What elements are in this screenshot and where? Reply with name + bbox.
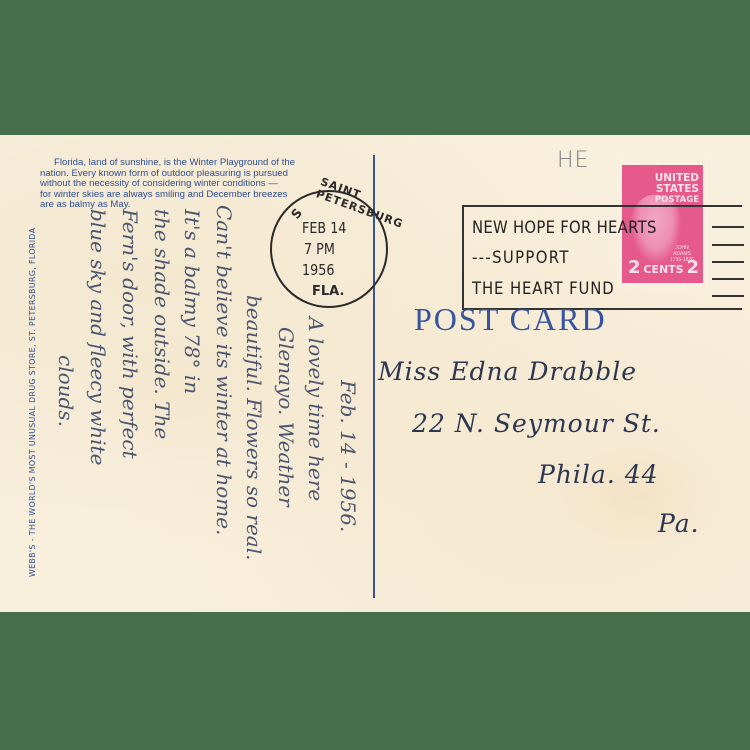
- blurb-line: Florida, land of sunshine, is the Winter…: [40, 158, 370, 169]
- message-line: A lovely time here: [304, 317, 328, 501]
- recipient-name: Miss Edna Drabble: [378, 357, 637, 386]
- background-top: [0, 0, 750, 135]
- circular-postmark: S SAINT PETERSBURG FEB 14 7 PM 1956 FLA.: [270, 190, 388, 308]
- slogan-cancellation: NEW HOPE FOR HEARTS ---SUPPORT THE HEART…: [462, 205, 742, 310]
- message-line: Glenayo. Weather: [274, 327, 298, 507]
- recipient-state: Pa.: [658, 509, 700, 538]
- cancel-bar: [712, 226, 744, 228]
- message-line: the shade outside. The: [150, 209, 174, 439]
- stamp-country-line: STATES: [655, 184, 699, 195]
- postmark-year: 1956: [302, 261, 334, 279]
- postmark-state: FLA.: [312, 284, 344, 299]
- recipient-street: 22 N. Seymour St.: [412, 409, 661, 438]
- pencil-note: HE: [557, 148, 589, 173]
- cancel-bar: [712, 244, 744, 246]
- message-line: Fern's door, with perfect: [118, 209, 142, 459]
- stamp-country: UNITED STATES POSTAGE: [655, 173, 699, 206]
- publisher-credit: WEBB'S - THE WORLD'S MOST UNUSUAL DRUG S…: [28, 228, 37, 577]
- message-line: Can't believe its winter at home.: [212, 205, 236, 535]
- postmark-time: 7 PM: [304, 240, 335, 258]
- message-date: Feb. 14 - 1956.: [336, 380, 360, 532]
- postmark-date: FEB 14: [302, 219, 346, 237]
- cancel-bar: [712, 261, 744, 263]
- message-line: beautiful. Flowers so real.: [242, 295, 266, 560]
- recipient-city: Phila. 44: [538, 460, 659, 489]
- message-line: clouds.: [54, 355, 78, 427]
- message-line: blue sky and fleecy white: [86, 209, 110, 465]
- postcard-back: WEBB'S - THE WORLD'S MOST UNUSUAL DRUG S…: [0, 135, 750, 612]
- background-bottom: [0, 612, 750, 750]
- cancel-bar: [712, 278, 744, 280]
- slogan-line: ---SUPPORT: [472, 248, 570, 267]
- slogan-line: THE HEART FUND: [472, 279, 615, 298]
- cancel-bar: [712, 295, 744, 297]
- post-card-heading: POST CARD: [414, 301, 607, 338]
- message-line: It's a balmy 78° in: [180, 209, 204, 394]
- slogan-line: NEW HOPE FOR HEARTS: [472, 218, 657, 237]
